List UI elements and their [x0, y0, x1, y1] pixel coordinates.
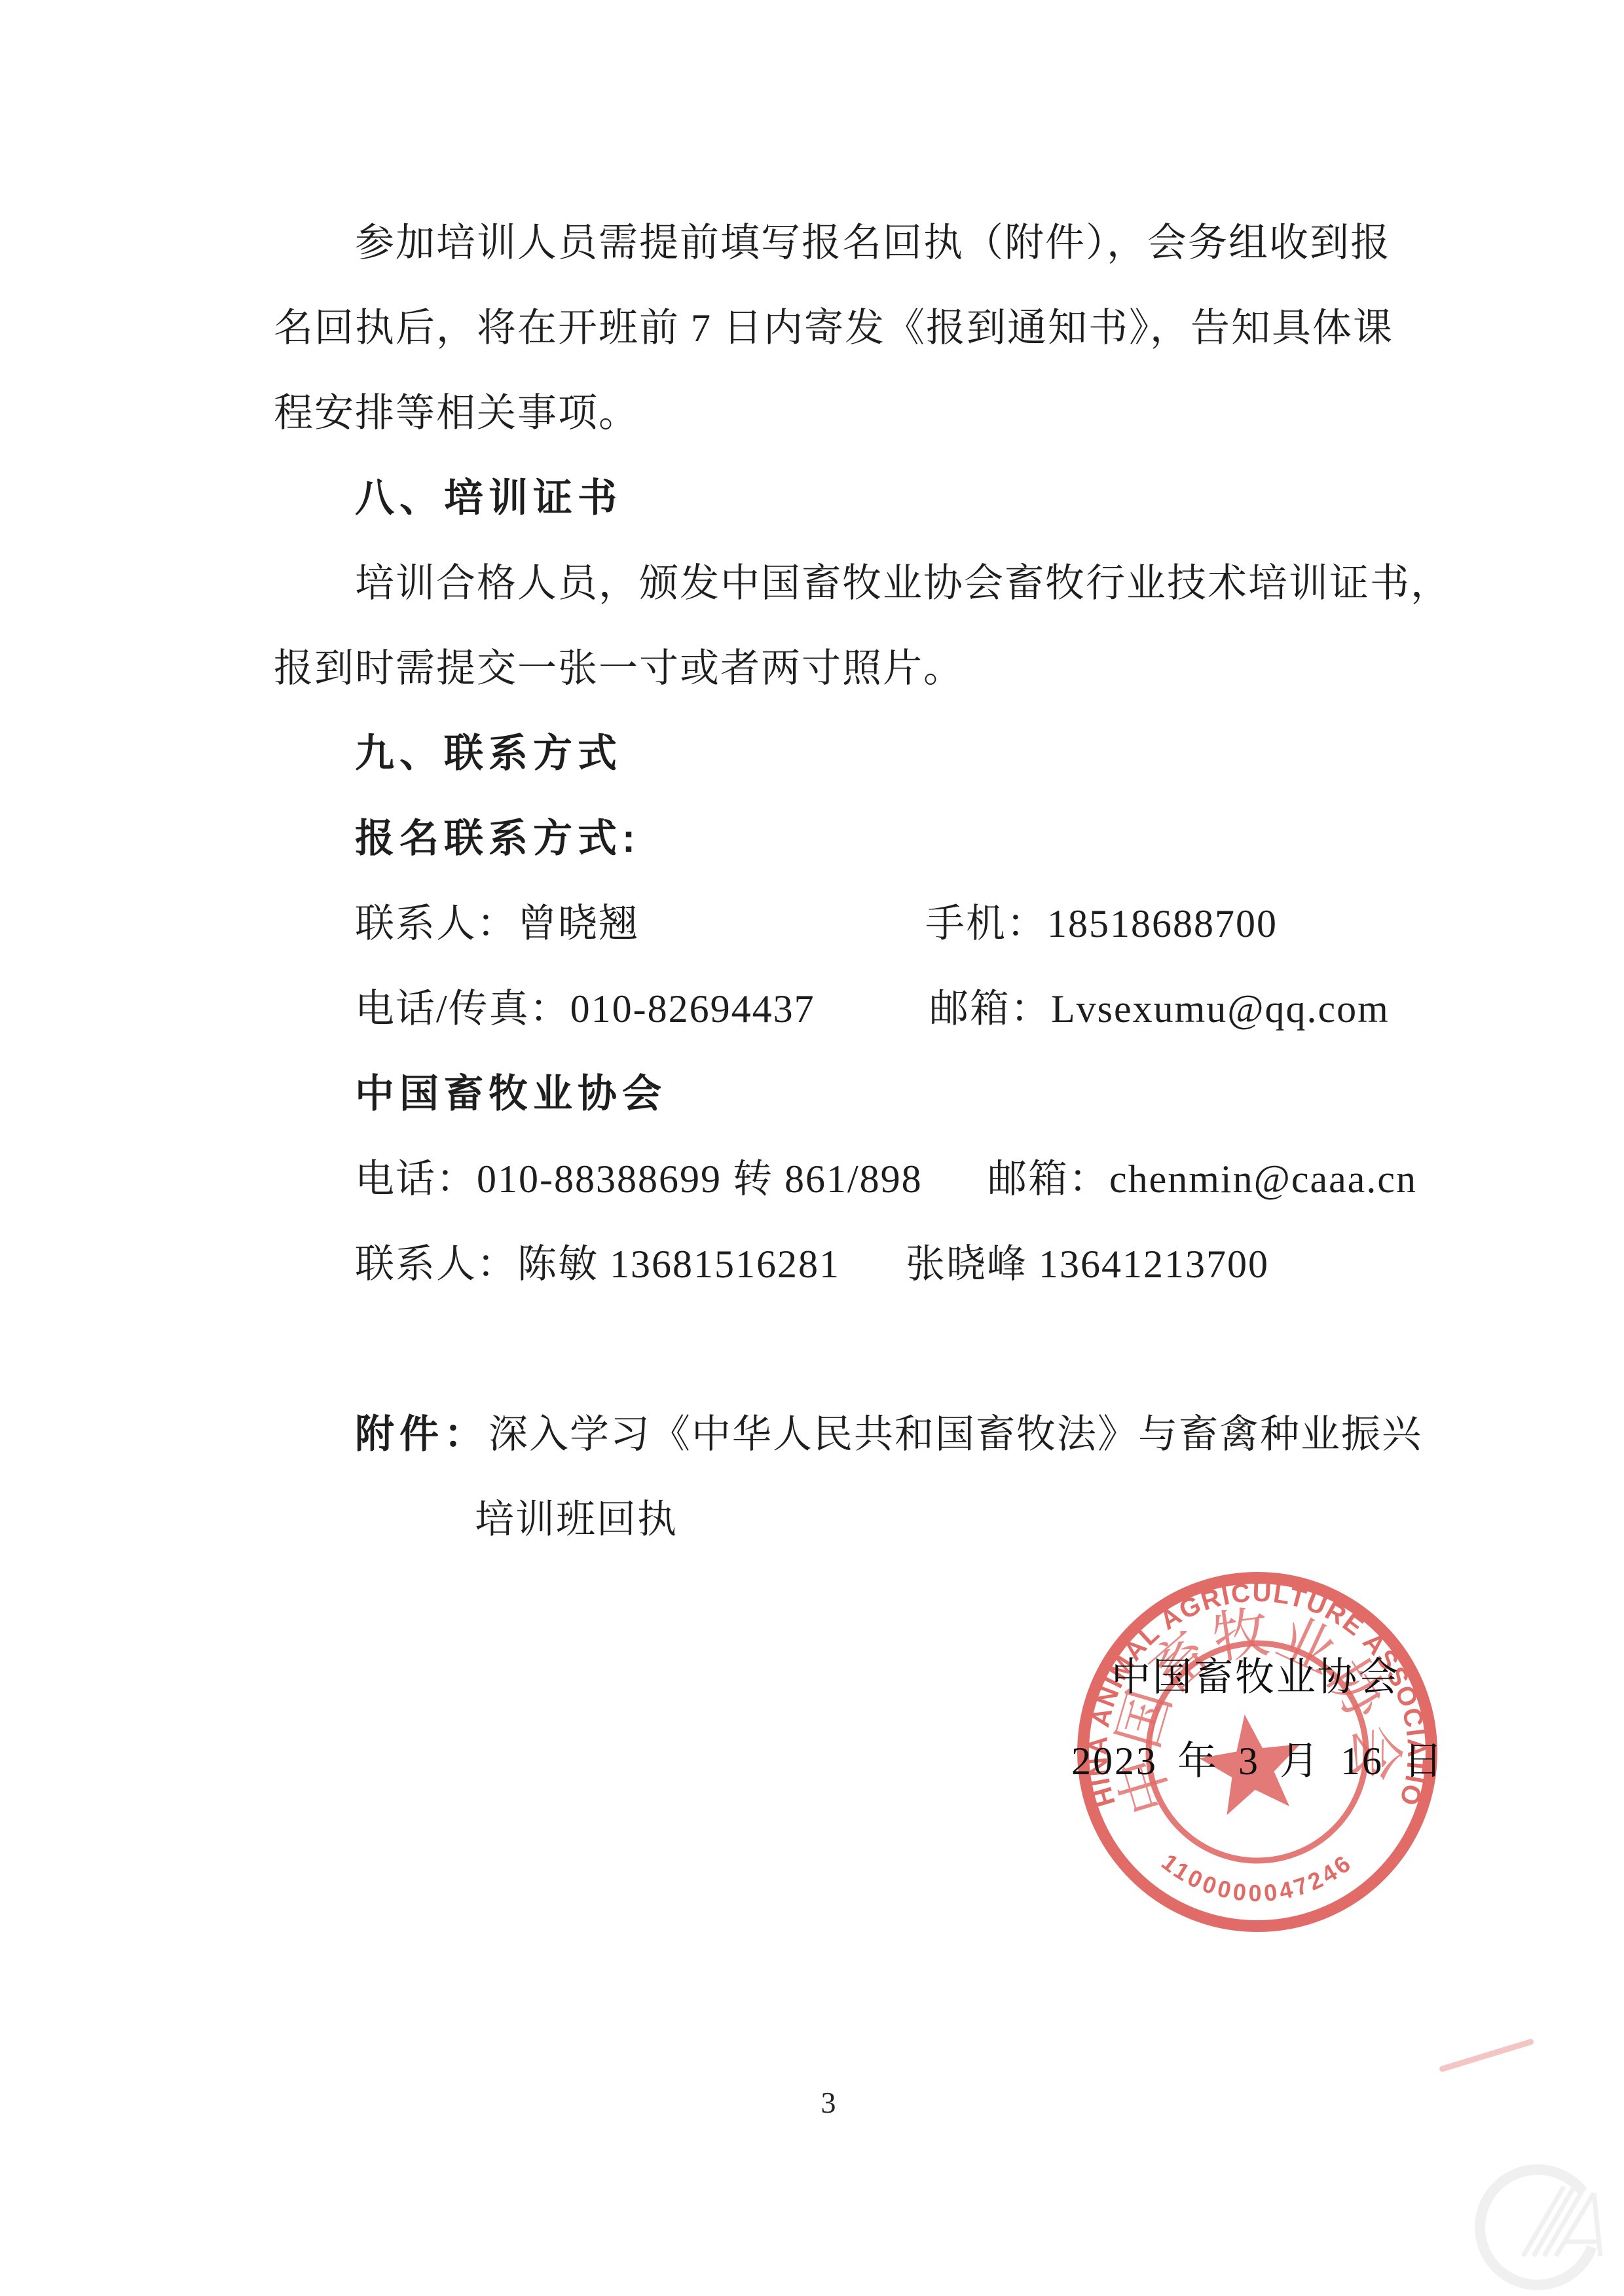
line-text-col2: 张晓峰 13641213700 [906, 1222, 1269, 1307]
text-line: 报到时需提交一张一寸或者两寸照片。 [274, 626, 1426, 711]
line-text: 名回执后，将在开班前 7 日内寄发《报到通知书》，告知具体课 [274, 306, 1393, 350]
text-line: 程安排等相关事项。 [274, 371, 1426, 456]
text-line [274, 1307, 1426, 1392]
page-number: 3 [779, 2085, 877, 2120]
text-line: 九、联系方式 [274, 711, 1426, 796]
text-line: 名回执后，将在开班前 7 日内寄发《报到通知书》，告知具体课 [274, 285, 1426, 371]
text-line: 八、培训证书 [274, 456, 1426, 541]
line-text: 联系人：陈敏 13681516281 [355, 1243, 840, 1286]
line-text-col2: 邮箱：chenmin@caaa.cn [987, 1137, 1417, 1222]
text-line: 附件：深入学习《中华人民共和国畜牧法》与畜禽种业振兴 [274, 1392, 1426, 1477]
caaa-watermark-logo [1466, 2159, 1623, 2295]
text-line: 参加培训人员需提前填写报名回执（附件），会务组收到报 [274, 200, 1426, 285]
line-text-col2: 邮箱：Lvsexumu@qq.com [929, 966, 1390, 1051]
line-text: 程安排等相关事项。 [274, 392, 639, 435]
text-line: 中国畜牧业协会 [274, 1051, 1426, 1137]
document-page: 参加培训人员需提前填写报名回执（附件），会务组收到报名回执后，将在开班前 7 日… [0, 0, 1624, 2296]
signature-date: 2023 年 3 月 16 日 [1071, 1735, 1445, 1787]
line-text: 报名联系方式: [355, 816, 640, 860]
line-text: 电话：010-88388699 转 861/898 [355, 1157, 923, 1201]
line-text: 参加培训人员需提前填写报名回执（附件），会务组收到报 [355, 221, 1391, 264]
line-text: 培训班回执 [475, 1498, 678, 1541]
line-text: 八、培训证书 [355, 476, 622, 520]
line-text: 电话/传真：010-82694437 [355, 987, 815, 1030]
seal-serial-number: 1100000047246 [1156, 1848, 1357, 1906]
line-text: 中国畜牧业协会 [355, 1072, 667, 1116]
text-line: 培训合格人员，颁发中国畜牧业协会畜牧行业技术培训证书， [274, 541, 1426, 626]
signature-org: 中国畜牧业协会 [1111, 1651, 1400, 1704]
document-body: 参加培训人员需提前填写报名回执（附件），会务组收到报名回执后，将在开班前 7 日… [274, 200, 1426, 1562]
line-text-col2: 手机：18518688700 [925, 881, 1278, 966]
attachment-label: 附件： [355, 1412, 489, 1456]
text-line: 报名联系方式: [274, 796, 1426, 881]
text-line: 联系人：陈敏 13681516281张晓峰 13641213700 [274, 1222, 1426, 1307]
line-text: 报到时需提交一张一寸或者两寸照片。 [274, 647, 964, 690]
text-line: 联系人：曾晓翘手机：18518688700 [274, 881, 1426, 966]
line-text: 深入学习《中华人民共和国畜牧法》与畜禽种业振兴 [489, 1413, 1422, 1456]
line-text: 培训合格人员，颁发中国畜牧业协会畜牧行业技术培训证书， [355, 562, 1451, 605]
svg-text:1100000047246: 1100000047246 [1156, 1848, 1357, 1906]
line-text: 联系人：曾晓翘 [355, 902, 639, 945]
text-line: 电话：010-88388699 转 861/898邮箱：chenmin@caaa… [274, 1137, 1426, 1222]
line-text: 九、联系方式 [355, 731, 622, 775]
text-line: 电话/传真：010-82694437邮箱：Lvsexumu@qq.com [274, 966, 1426, 1051]
ink-smudge [1439, 2038, 1534, 2072]
